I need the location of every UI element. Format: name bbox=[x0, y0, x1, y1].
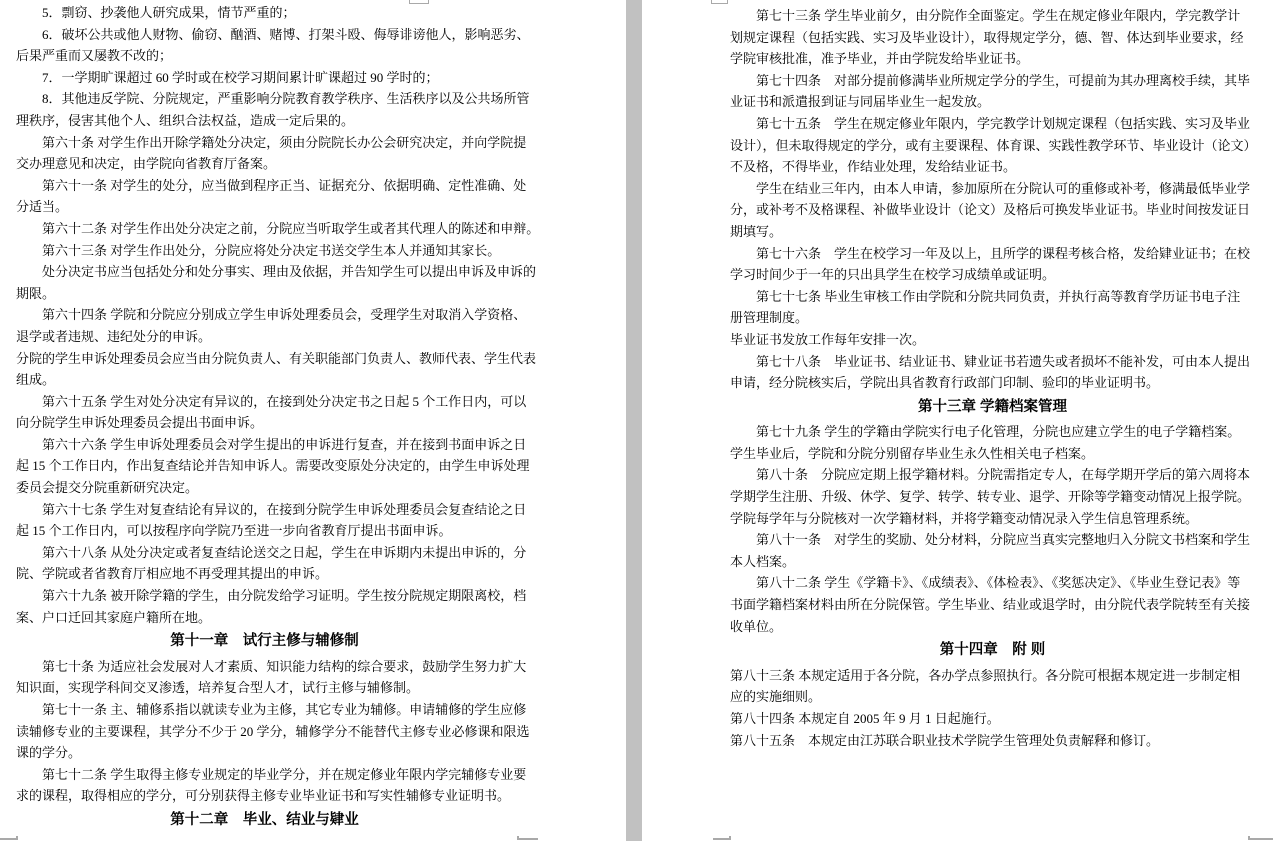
text-line: 第七十八条 毕业证书、结业证书、肄业证书若遗失或者损坏不能补发，可由本人提出 bbox=[730, 351, 1255, 373]
text-line: 第六十二条 对学生作出处分决定之前，分院应当听取学生或者其代理人的陈述和申辩。 bbox=[16, 218, 513, 240]
text-line: 学生毕业后，学院和分院分别留存毕业生永久性相关电子档案。 bbox=[730, 443, 1255, 465]
text-line: 读辅修专业的主要课程，其学分不少于 20 学分，辅修学分不能替代主修专业必修课和… bbox=[16, 721, 513, 743]
text-line: 期填写。 bbox=[730, 221, 1255, 243]
text-line: 书面学籍档案材料由所在分院保管。学生毕业、结业或退学时，由分院代表学院转至有关接 bbox=[730, 594, 1255, 616]
text-line: 第七十条 为适应社会发展对人才素质、知识能力结构的综合要求，鼓励学生努力扩大 bbox=[16, 656, 513, 678]
text-line: 第六十六条 学生申诉处理委员会对学生提出的申诉进行复查，并在接到书面申诉之日 bbox=[16, 434, 513, 456]
text-line: 分适当。 bbox=[16, 196, 513, 218]
text-line: 第八十五条 本规定由江苏联合职业技术学院学生管理处负责解释和修订。 bbox=[730, 730, 1255, 752]
document-viewport: 5．剽窃、抄袭他人研究成果，情节严重的；6．破坏公共或他人财物、偷窃、酗酒、赌博… bbox=[0, 0, 1286, 841]
text-line: 学院审核批准，准予毕业，并由学院发给毕业证书。 bbox=[730, 48, 1255, 70]
text-line: 毕业证书发放工作每年安排一次。 bbox=[730, 329, 1255, 351]
text-line: 期限。 bbox=[16, 283, 513, 305]
text-line: 第七十六条 学生在校学习一年及以上，且所学的课程考核合格，发给肄业证书；在校 bbox=[730, 243, 1255, 265]
text-line: 院、学院或者省教育厅相应地不再受理其提出的申诉。 bbox=[16, 563, 513, 585]
text-line: 应的实施细则。 bbox=[730, 686, 1255, 708]
text-line: 第六十四条 学院和分院应分别成立学生申诉处理委员会，受理学生对取消入学资格、 bbox=[16, 304, 513, 326]
text-line: 知识面，实现学科间交叉渗透，培养复合型人才，试行主修与辅修制。 bbox=[16, 677, 513, 699]
chapter-heading: 第十四章 附 则 bbox=[730, 640, 1255, 662]
text-line: 第八十三条 本规定适用于各分院，各办学点参照执行。各分院可根据本规定进一步制定相 bbox=[730, 665, 1255, 687]
text-line: 组成。 bbox=[16, 369, 513, 391]
text-line: 起 15 个工作日内，作出复查结论并告知申诉人。需要改变原处分决定的，由学生申诉… bbox=[16, 455, 513, 477]
text-line: 5．剽窃、抄袭他人研究成果，情节严重的； bbox=[16, 2, 513, 24]
text-line: 第七十二条 学生取得主修专业规定的毕业学分，并在规定修业年限内学完辅修专业要 bbox=[16, 764, 513, 786]
text-line: 第六十一条 对学生的处分，应当做到程序正当、证据充分、依据明确、定性准确、处 bbox=[16, 175, 513, 197]
text-boundary-mark bbox=[1248, 838, 1273, 840]
text-line: 分，或补考不及格课程、补做毕业设计（论文）及格后可换发毕业证书。毕业时间按发证日 bbox=[730, 199, 1255, 221]
left-page-text: 5．剽窃、抄袭他人研究成果，情节严重的；6．破坏公共或他人财物、偷窃、酗酒、赌博… bbox=[16, 2, 513, 835]
text-line: 理秩序，侵害其他个人、组织合法权益，造成一定后果的。 bbox=[16, 110, 513, 132]
text-boundary-mark bbox=[711, 0, 728, 4]
text-line: 退学或者违规、违纪处分的申诉。 bbox=[16, 326, 513, 348]
text-line: 处分决定书应当包括处分和处分事实、理由及依据，并告知学生可以提出申诉及申诉的 bbox=[16, 261, 513, 283]
chapter-heading: 第十一章 试行主修与辅修制 bbox=[16, 631, 513, 653]
text-line: 第七十四条 对部分提前修满毕业所规定学分的学生，可提前为其办理离校手续，其毕 bbox=[730, 70, 1255, 92]
text-line: 第八十条 分院应定期上报学籍材料。分院需指定专人，在每学期开学后的第六周将本 bbox=[730, 464, 1255, 486]
text-line: 收单位。 bbox=[730, 616, 1255, 638]
text-line: 案、户口迁回其家庭户籍所在地。 bbox=[16, 607, 513, 629]
text-boundary-mark bbox=[713, 838, 731, 840]
text-line: 第七十五条 学生在规定修业年限内，学完教学计划规定课程（包括实践、实习及毕业 bbox=[730, 113, 1255, 135]
text-line: 第七十三条 学生毕业前夕，由分院作全面鉴定。学生在规定修业年限内，学完教学计 bbox=[730, 5, 1255, 27]
text-line: 第六十三条 对学生作出处分，分院应将处分决定书送交学生本人并通知其家长。 bbox=[16, 240, 513, 262]
text-line: 6．破坏公共或他人财物、偷窃、酗酒、赌博、打架斗殴、侮辱诽谤他人，影响恶劣、 bbox=[16, 24, 513, 46]
chapter-heading: 第十二章 毕业、结业与肄业 bbox=[16, 810, 513, 832]
document-page-left: 5．剽窃、抄袭他人研究成果，情节严重的；6．破坏公共或他人财物、偷窃、酗酒、赌博… bbox=[0, 0, 626, 841]
text-boundary-mark bbox=[409, 0, 429, 4]
text-line: 册管理制度。 bbox=[730, 307, 1255, 329]
text-line: 学期学生注册、升级、休学、复学、转学、转专业、退学、开除等学籍变动情况上报学院。 bbox=[730, 486, 1255, 508]
text-boundary-mark bbox=[0, 838, 18, 840]
text-line: 课的学分。 bbox=[16, 742, 513, 764]
text-line: 第七十七条 毕业生审核工作由学院和分院共同负责，并执行高等教育学历证书电子注 bbox=[730, 286, 1255, 308]
right-page-text: 第七十三条 学生毕业前夕，由分院作全面鉴定。学生在规定修业年限内，学完教学计划规… bbox=[730, 5, 1255, 751]
text-line: 7．一学期旷课超过 60 学时或在校学习期间累计旷课超过 90 学时的； bbox=[16, 67, 513, 89]
text-line: 交办理意见和决定，由学院向省教育厅备案。 bbox=[16, 153, 513, 175]
text-line: 第六十五条 学生对处分决定有异议的，在接到处分决定书之日起 5 个工作日内，可以 bbox=[16, 391, 513, 413]
text-line: 不及格，不得毕业，作结业处理，发给结业证书。 bbox=[730, 156, 1255, 178]
text-line: 第八十二条 学生《学籍卡》、《成绩表》、《体检表》、《奖惩决定》、《毕业生登记表… bbox=[730, 572, 1255, 594]
text-line: 委员会提交分院重新研究决定。 bbox=[16, 477, 513, 499]
text-line: 学院每学年与分院核对一次学籍材料，并将学籍变动情况录入学生信息管理系统。 bbox=[730, 508, 1255, 530]
text-line: 第六十九条 被开除学籍的学生，由分院发给学习证明。学生按分院规定期限离校，档 bbox=[16, 585, 513, 607]
text-line: 第六十八条 从处分决定或者复查结论送交之日起，学生在申诉期内未提出申诉的，分 bbox=[16, 542, 513, 564]
text-line: 分院的学生申诉处理委员会应当由分院负责人、有关职能部门负责人、教师代表、学生代表 bbox=[16, 348, 513, 370]
text-line: 业证书和派遣报到证与同届毕业生一起发放。 bbox=[730, 91, 1255, 113]
text-line: 第七十九条 学生的学籍由学院实行电子化管理，分院也应建立学生的电子学籍档案。 bbox=[730, 421, 1255, 443]
text-line: 划规定课程（包括实践、实习及毕业设计），取得规定学分，德、智、体达到毕业要求，经 bbox=[730, 27, 1255, 49]
text-line: 8．其他违反学院、分院规定，严重影响分院教育教学秩序、生活秩序以及公共场所管 bbox=[16, 88, 513, 110]
text-line: 第六十条 对学生作出开除学籍处分决定，须由分院院长办公会研究决定，并向学院提 bbox=[16, 132, 513, 154]
text-line: 起 15 个工作日内，可以按程序向学院乃至进一步向省教育厅提出书面申诉。 bbox=[16, 520, 513, 542]
text-line: 申请，经分院核实后，学院出具省教育行政部门印制、验印的毕业证明书。 bbox=[730, 372, 1255, 394]
text-line: 后果严重而又屡教不改的； bbox=[16, 45, 513, 67]
text-line: 第六十七条 学生对复查结论有异议的，在接到分院学生申诉处理委员会复查结论之日 bbox=[16, 499, 513, 521]
page-gap bbox=[626, 0, 642, 841]
text-line: 学生在结业三年内，由本人申请，参加原所在分院认可的重修或补考，修满最低毕业学 bbox=[730, 178, 1255, 200]
text-line: 学习时间少于一年的只出具学生在校学习成绩单或证明。 bbox=[730, 264, 1255, 286]
document-page-right: 第七十三条 学生毕业前夕，由分院作全面鉴定。学生在规定修业年限内，学完教学计划规… bbox=[642, 0, 1286, 841]
text-line: 设计），但未取得规定的学分，或有主要课程、体育课、实践性教学环节、毕业设计（论文… bbox=[730, 135, 1255, 157]
text-line: 第七十一条 主、辅修系指以就读专业为主修，其它专业为辅修。申请辅修的学生应修 bbox=[16, 699, 513, 721]
text-line: 第八十一条 对学生的奖励、处分材料，分院应当真实完整地归入分院文书档案和学生 bbox=[730, 529, 1255, 551]
text-line: 本人档案。 bbox=[730, 551, 1255, 573]
text-boundary-mark bbox=[517, 838, 538, 840]
text-line: 第八十四条 本规定自 2005 年 9 月 1 日起施行。 bbox=[730, 708, 1255, 730]
chapter-heading: 第十三章 学籍档案管理 bbox=[730, 397, 1255, 419]
text-line: 求的课程，取得相应的学分，可分别获得主修专业毕业证书和写实性辅修专业证明书。 bbox=[16, 785, 513, 807]
text-line: 向分院学生申诉处理委员会提出书面申诉。 bbox=[16, 412, 513, 434]
